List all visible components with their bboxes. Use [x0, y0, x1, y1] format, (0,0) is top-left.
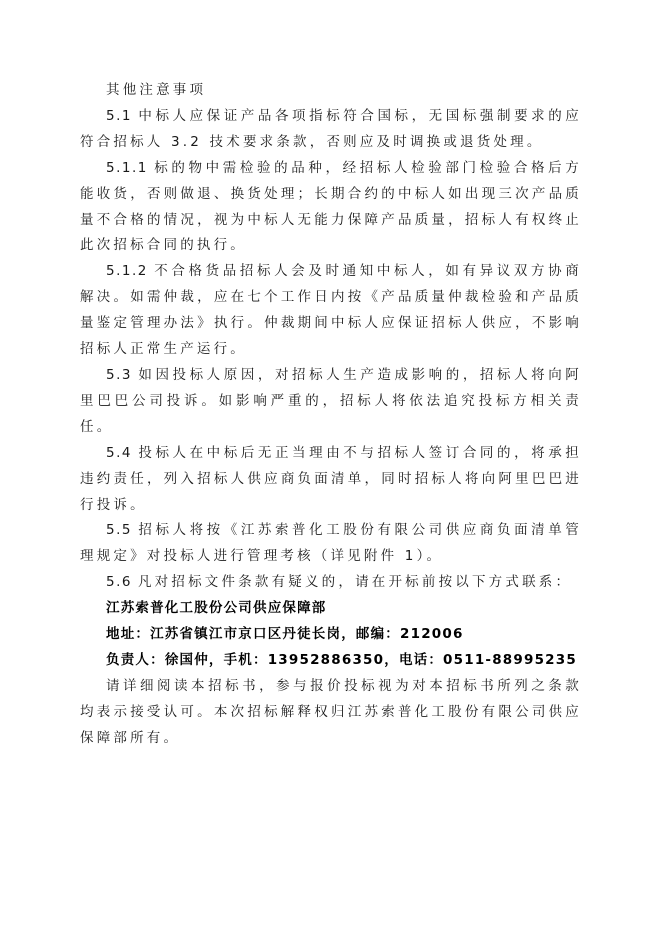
contact-address: 地址：江苏省镇江市京口区丹徒长岗，邮编：212006 [80, 622, 582, 648]
document-page: 其他注意事项 5.1中标人应保证产品各项指标符合国标，无国标强制要求的应符合招标… [0, 0, 662, 936]
address-value: 江苏省镇江市京口区丹徒长岗，邮编：212006 [150, 626, 463, 642]
clause-text: 标的物中需检验的品种，经招标人检验部门检验合格后方能收货，否则做退、换货处理；长… [80, 160, 582, 254]
clause-number: 5.1.1 [106, 160, 148, 176]
clause-5-1: 5.1中标人应保证产品各项指标符合国标，无国标强制要求的应符合招标人 3.2 技… [80, 104, 582, 156]
clause-text: 如因投标人原因，对招标人生产造成影响的，招标人将向阿里巴巴公司投诉。如影响严重的… [80, 367, 582, 435]
clause-text: 投标人在中标后无正当理由不与招标人签订合同的，将承担违约责任，列入招标人供应商负… [80, 445, 582, 513]
closing-statement: 请详细阅读本招标书，参与报价投标视为对本招标书所列之条款均表示接受认可。本次招标… [80, 674, 582, 752]
contact-person: 负责人：徐国仲，手机：13952886350，电话：0511-88995235 [80, 648, 582, 674]
clause-number: 5.1.2 [106, 263, 148, 279]
contact-department: 江苏索普化工股份公司供应保障部 [80, 596, 582, 622]
clause-5-5: 5.5招标人将按《江苏索普化工股份有限公司供应商负面清单管理规定》对投标人进行管… [80, 518, 582, 570]
clause-number: 5.6 [106, 574, 132, 590]
clause-text: 中标人应保证产品各项指标符合国标，无国标强制要求的应符合招标人 3.2 技术要求… [80, 108, 582, 150]
address-label: 地址： [106, 626, 150, 642]
person-value: 徐国仲，手机：13952886350，电话：0511-88995235 [165, 652, 577, 668]
clause-number: 5.5 [106, 522, 132, 538]
clause-5-3: 5.3如因投标人原因，对招标人生产造成影响的，招标人将向阿里巴巴公司投诉。如影响… [80, 363, 582, 441]
clause-number: 5.1 [106, 108, 132, 124]
clause-5-6: 5.6凡对招标文件条款有疑义的，请在开标前按以下方式联系： [80, 570, 582, 596]
clause-text: 招标人将按《江苏索普化工股份有限公司供应商负面清单管理规定》对投标人进行管理考核… [80, 522, 582, 564]
clause-text: 不合格货品招标人会及时通知中标人，如有异议双方协商解决。如需仲裁，应在七个工作日… [80, 263, 582, 357]
clause-number: 5.3 [106, 367, 132, 383]
clause-5-1-1: 5.1.1标的物中需检验的品种，经招标人检验部门检验合格后方能收货，否则做退、换… [80, 156, 582, 260]
clause-number: 5.4 [106, 445, 132, 461]
clause-5-4: 5.4投标人在中标后无正当理由不与招标人签订合同的，将承担违约责任，列入招标人供… [80, 441, 582, 519]
clause-5-1-2: 5.1.2不合格货品招标人会及时通知中标人，如有异议双方协商解决。如需仲裁，应在… [80, 259, 582, 363]
clause-text: 凡对招标文件条款有疑义的，请在开标前按以下方式联系： [138, 574, 572, 590]
section-heading: 其他注意事项 [80, 78, 582, 104]
document-body: 其他注意事项 5.1中标人应保证产品各项指标符合国标，无国标强制要求的应符合招标… [80, 78, 582, 752]
person-label: 负责人： [106, 652, 165, 668]
